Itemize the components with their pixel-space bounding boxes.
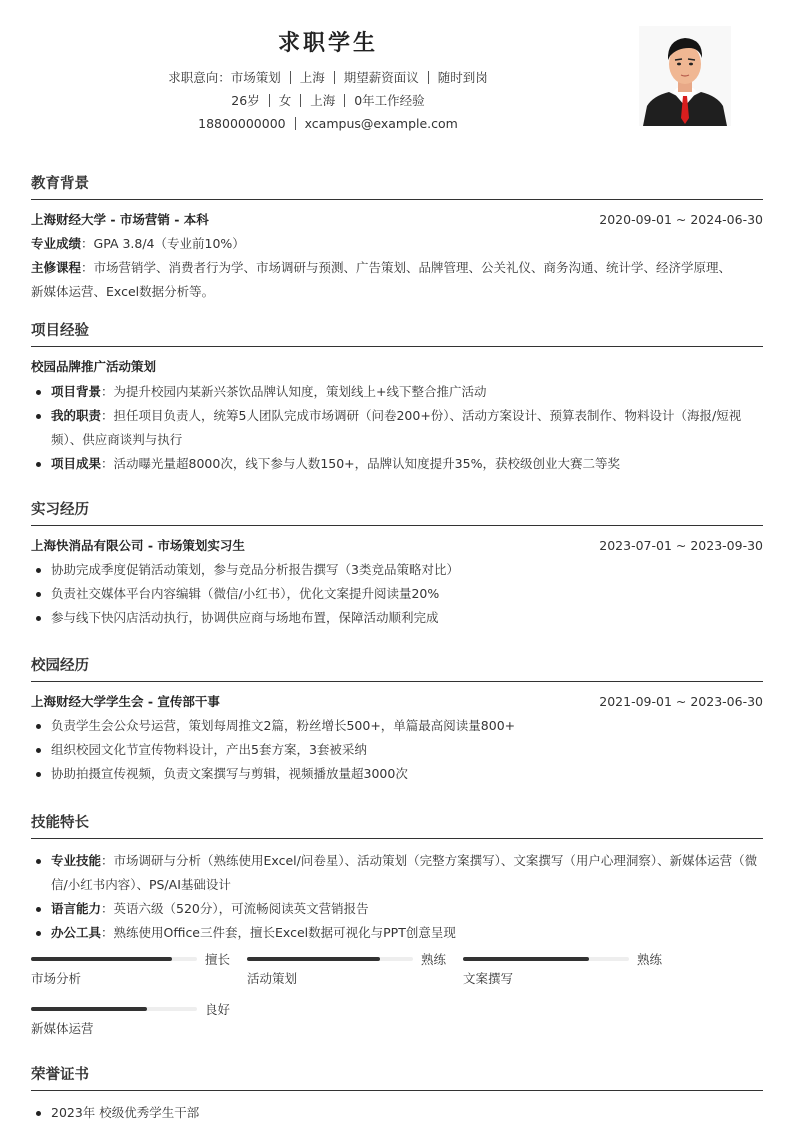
bullet-label: 我的职责 [51,408,101,423]
skill-bars: 擅长 市场分析 熟练 活动策划 熟练 文案撰写 良好 新媒体运营 [31,951,691,1051]
courses-value: ：市场营销学、消费者行为学、市场调研与预测、广告策划、品牌管理、公关礼仪、商务沟… [81,260,731,275]
list-item: 项目成果：活动曝光量超8000次，线下参与人数150+，品牌认知度提升35%，获… [31,452,763,476]
list-item: 协助拍摄宣传视频，负责文案撰写与剪辑，视频播放量超3000次 [31,762,763,786]
age: 26岁 [231,93,259,108]
divider [344,94,345,107]
skills-section: 技能特长 专业技能：市场调研与分析（熟练使用Excel/问卷星）、活动策划（完整… [31,813,763,1051]
skill-name: 活动策划 [247,967,463,991]
divider [300,94,301,107]
date-range: 2021-09-01 ~ 2023-06-30 [599,692,763,712]
bullet-text: ：市场调研与分析（熟练使用Excel/问卷星）、活动策划（完整方案撰写）、文案撰… [51,853,757,892]
skill-fill [31,957,172,961]
avatar-portrait-icon [639,26,731,126]
divider [295,117,296,130]
contact-line: 18800000000xcampus@example.com [0,112,656,135]
org-role: 上海财经大学学生会 - 宣传部干事 [31,692,220,712]
bullet-text: ：英语六级（520分），可流畅阅读英文营销报告 [101,901,369,916]
section-title: 荣誉证书 [31,1065,763,1091]
bullet-text: ：担任项目负责人，统筹5人团队完成市场调研（问卷200+份）、活动方案设计、预算… [51,408,741,447]
list-item: 组织校园文化节宣传物料设计，产出5套方案，3套被采纳 [31,738,763,762]
skill-track [247,957,413,961]
honors-bullets: 2023年 校级优秀学生干部 [31,1101,763,1123]
divider [428,71,429,84]
skill-bar-item: 擅长 市场分析 [31,951,247,1001]
job-intent-line: 求职意向：市场策划上海期望薪资面议随时到岗 [0,66,656,89]
bullet-label: 专业技能 [51,853,101,868]
list-item: 协助完成季度促销活动策划，参与竞品分析报告撰写（3类竞品策略对比） [31,558,763,582]
skill-track [31,957,197,961]
resume-header: 求职学生 求职意向：市场策划上海期望薪资面议随时到岗 26岁女上海0年工作经验 … [0,28,656,135]
courses-line-continued: 新媒体运营、Excel数据分析等。 [31,280,763,304]
gpa-value: ：GPA 3.8/4（专业前10%） [81,236,245,251]
project-name: 校园品牌推广活动策划 [31,357,156,377]
skill-bar-item: 良好 新媒体运营 [31,1001,247,1051]
availability: 随时到岗 [438,70,488,85]
projects-section: 项目经验 校园品牌推广活动策划 项目背景：为提升校园内某新兴茶饮品牌认知度，策划… [31,321,763,476]
internship-section: 实习经历 上海快消品有限公司 - 市场策划实习生 2023-07-01 ~ 20… [31,500,763,630]
bullet-label: 办公工具 [51,925,101,940]
list-item: 2023年 校级优秀学生干部 [31,1101,763,1123]
bullet-text: ：为提升校园内某新兴茶饮品牌认知度，策划线上+线下整合推广活动 [101,384,486,399]
section-title: 技能特长 [31,813,763,839]
skill-name: 新媒体运营 [31,1017,247,1041]
divider [290,71,291,84]
divider [334,71,335,84]
skill-name: 市场分析 [31,967,247,991]
candidate-name: 求职学生 [0,28,656,60]
section-title: 项目经验 [31,321,763,347]
list-item: 办公工具：熟练使用Office三件套，擅长Excel数据可视化与PPT创意呈现 [31,921,763,945]
skill-track [463,957,629,961]
phone: 18800000000 [198,116,285,131]
gender: 女 [279,93,292,108]
bullet-text: ：熟练使用Office三件套，擅长Excel数据可视化与PPT创意呈现 [101,925,456,940]
section-title: 实习经历 [31,500,763,526]
courses-line: 主修课程：市场营销学、消费者行为学、市场调研与预测、广告策划、品牌管理、公关礼仪… [31,256,763,280]
personal-info-line: 26岁女上海0年工作经验 [0,89,656,112]
date-range: 2020-09-01 ~ 2024-06-30 [599,210,763,230]
list-item: 专业技能：市场调研与分析（熟练使用Excel/问卷星）、活动策划（完整方案撰写）… [31,849,763,897]
campus-entry-header: 上海财经大学学生会 - 宣传部干事 2021-09-01 ~ 2023-06-3… [31,692,763,712]
avatar [639,26,731,126]
skill-fill [247,957,380,961]
bullet-label: 项目背景 [51,384,101,399]
job-intent: 求职意向：市场策划 [168,70,281,85]
list-item: 项目背景：为提升校园内某新兴茶饮品牌认知度，策划线上+线下整合推广活动 [31,380,763,404]
email: xcampus@example.com [305,116,458,131]
date-range: 2023-07-01 ~ 2023-09-30 [599,536,763,556]
skill-name: 文案撰写 [463,967,679,991]
skills-bullets: 专业技能：市场调研与分析（熟练使用Excel/问卷星）、活动策划（完整方案撰写）… [31,849,763,945]
section-title: 教育背景 [31,174,763,200]
skill-bar-item: 熟练 活动策划 [247,951,463,1001]
expected-salary: 期望薪资面议 [344,70,419,85]
skill-level: 良好 [205,1000,230,1018]
section-title: 校园经历 [31,656,763,682]
education-entry-header: 上海财经大学 - 市场营销 - 本科 2020-09-01 ~ 2024-06-… [31,210,763,230]
project-bullets: 项目背景：为提升校园内某新兴茶饮品牌认知度，策划线上+线下整合推广活动 我的职责… [31,380,763,476]
list-item: 负责社交媒体平台内容编辑（微信/小红书），优化文案提升阅读量20% [31,582,763,606]
location: 上海 [310,93,335,108]
resume-page: 求职学生 求职意向：市场策划上海期望薪资面议随时到岗 26岁女上海0年工作经验 … [0,0,794,1123]
skill-fill [463,957,589,961]
campus-section: 校园经历 上海财经大学学生会 - 宣传部干事 2021-09-01 ~ 2023… [31,656,763,786]
skill-level: 擅长 [205,950,230,968]
skill-level: 熟练 [421,950,446,968]
school-major-degree: 上海财经大学 - 市场营销 - 本科 [31,210,209,230]
gpa-line: 专业成绩：GPA 3.8/4（专业前10%） [31,232,763,256]
internship-bullets: 协助完成季度促销活动策划，参与竞品分析报告撰写（3类竞品策略对比） 负责社交媒体… [31,558,763,630]
education-section: 教育背景 上海财经大学 - 市场营销 - 本科 2020-09-01 ~ 202… [31,174,763,304]
company-role: 上海快消品有限公司 - 市场策划实习生 [31,536,245,556]
skill-bar-item: 熟练 文案撰写 [463,951,679,1001]
skill-level: 熟练 [637,950,662,968]
bullet-label: 项目成果 [51,456,101,471]
courses-label: 主修课程 [31,260,81,275]
list-item: 参与线下快闪店活动执行，协调供应商与场地布置，保障活动顺利完成 [31,606,763,630]
intent-city: 上海 [300,70,325,85]
campus-bullets: 负责学生会公众号运营，策划每周推文2篇，粉丝增长500+，单篇最高阅读量800+… [31,714,763,786]
honors-section: 荣誉证书 2023年 校级优秀学生干部 [31,1065,763,1123]
divider [269,94,270,107]
list-item: 我的职责：担任项目负责人，统筹5人团队完成市场调研（问卷200+份）、活动方案设… [31,404,763,452]
bullet-label: 语言能力 [51,901,101,916]
internship-entry-header: 上海快消品有限公司 - 市场策划实习生 2023-07-01 ~ 2023-09… [31,536,763,556]
project-entry-header: 校园品牌推广活动策划 [31,357,763,377]
gpa-label: 专业成绩 [31,236,81,251]
skill-fill [31,1007,147,1011]
bullet-text: ：活动曝光量超8000次，线下参与人数150+，品牌认知度提升35%，获校级创业… [101,456,620,471]
work-experience: 0年工作经验 [354,93,424,108]
list-item: 负责学生会公众号运营，策划每周推文2篇，粉丝增长500+，单篇最高阅读量800+ [31,714,763,738]
list-item: 语言能力：英语六级（520分），可流畅阅读英文营销报告 [31,897,763,921]
skill-track [31,1007,197,1011]
